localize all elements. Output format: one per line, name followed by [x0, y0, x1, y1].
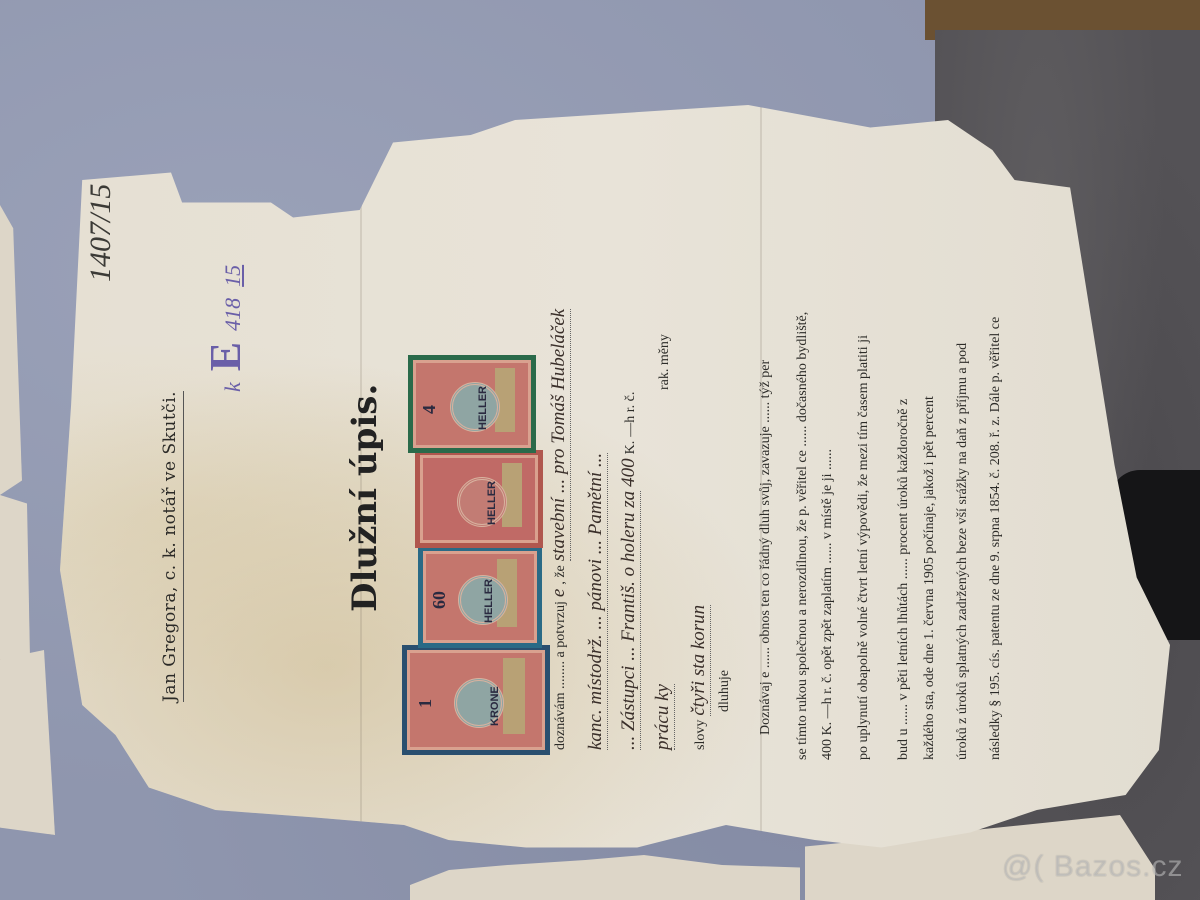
bazos-watermark: @( Bazos.cz — [1002, 850, 1184, 884]
printed-text: , že — [553, 565, 568, 584]
line-4: prácu ky rak. měny — [652, 334, 675, 750]
handwritten-amount: 400 — [618, 458, 639, 487]
printed-text: doznávám ........ a potvrzuj — [553, 601, 568, 750]
register-prefix: k — [220, 382, 245, 392]
handwritten-text: e — [548, 589, 569, 597]
printed-text: slovy — [693, 720, 708, 750]
stamp-portrait-medallion — [457, 477, 507, 527]
handwritten-text: kanc. místodrž. ... pánovi ... Pamětní .… — [585, 453, 608, 750]
body-line-6: každého sta, ode dne 1. června 1905 počí… — [922, 396, 938, 760]
handwritten-text: stavební ... pro Tomáš Hubeláček — [548, 309, 571, 561]
revenue-stamp-1-krone: 1 KRONE — [402, 645, 550, 755]
notary-header: Jan Gregora, c. k. notář ve Skutči. — [160, 391, 184, 702]
document-title: Dlužní úpis. — [345, 384, 385, 612]
stamp-portrait-medallion — [450, 382, 500, 432]
line-3: ... Zástupci ... Františ. o holeru za 40… — [618, 392, 641, 750]
register-sub: 15 — [220, 265, 245, 287]
handwritten-text: prácu ky — [652, 684, 675, 750]
revenue-stamp-heller: HELLER — [415, 450, 543, 548]
body-line-7: úroků z úroků splatných zadržených beze … — [955, 343, 971, 760]
stamp-value: 4 — [419, 405, 440, 414]
paper-fragment-left-2 — [0, 495, 30, 665]
body-line-1: Doznávaj e ...... obnos ten co řádný dlu… — [758, 360, 774, 735]
register-number: 418 — [220, 298, 245, 331]
printed-text: dluhuje — [717, 670, 732, 712]
body-line-5: bud u ...... v pěti letních lhůtách ....… — [896, 399, 912, 760]
line-5: slovy čtyři sta korun — [688, 605, 711, 750]
stamp-unit: HELLER — [477, 386, 489, 430]
stamp-value: 60 — [429, 591, 450, 609]
stamp-unit: HELLER — [486, 481, 498, 525]
body-line-2: se tímto rukou společnou a nerozdílnou, … — [795, 312, 811, 760]
register-stamp: k E 418 15 — [200, 265, 251, 392]
body-line-8: následky § 195. cís. patentu ze dne 9. s… — [988, 317, 1004, 760]
printed-text: K. — [623, 441, 638, 455]
revenue-stamp-60-heller: 60 HELLER — [418, 546, 542, 648]
printed-text: rak. měny — [657, 334, 672, 390]
register-letter: E — [201, 342, 250, 371]
body-line-4: po uplynutí obapolně volné čtvrt letní v… — [856, 335, 872, 760]
handwritten-text: čtyři sta korun — [688, 605, 711, 716]
handwritten-text: ... Zástupci ... Františ. o holeru za — [618, 491, 641, 750]
printed-text: —h r. č. — [623, 392, 638, 437]
line-1: doznávám ........ a potvrzuj e , že stav… — [548, 309, 571, 750]
stamp-unit: HELLER — [483, 579, 495, 623]
stamp-band — [503, 658, 525, 734]
stamp-value: 1 — [415, 699, 436, 708]
line-2: kanc. místodrž. ... pánovi ... Pamětní .… — [585, 453, 608, 750]
reference-number: 1407/15 — [84, 184, 118, 282]
revenue-stamp-4-heller: 4 HELLER — [408, 355, 536, 453]
body-line-3: 400 K. —h r. č. opět zpět zaplatím .....… — [820, 449, 836, 760]
line-6: dluhuje — [715, 670, 733, 712]
stamp-unit: KRONE — [489, 686, 501, 726]
